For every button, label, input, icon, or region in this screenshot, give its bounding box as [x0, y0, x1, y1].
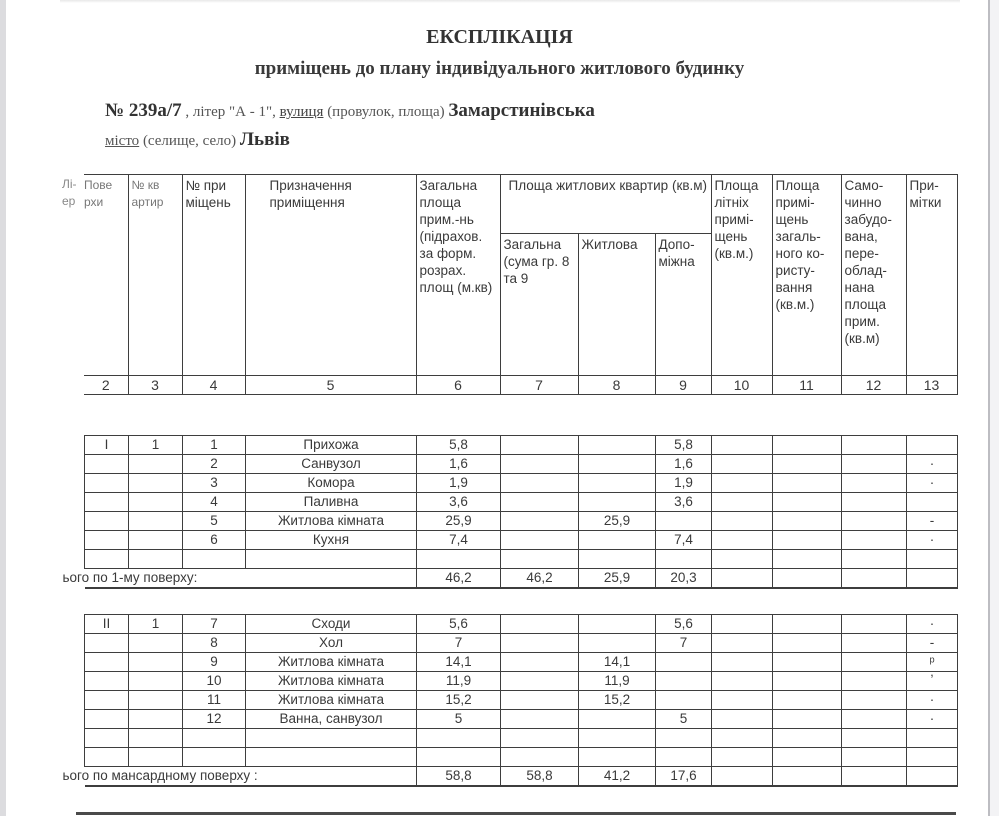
total-area-cell: [417, 550, 501, 569]
total-living-cell: 25,9: [579, 569, 656, 589]
apartment-total-cell: [501, 436, 579, 455]
purpose-cell: Паливна: [246, 493, 417, 512]
apartment-cell: [129, 748, 183, 767]
living-area-cell: [579, 550, 656, 569]
apartment-cell: [129, 512, 183, 531]
note-cell: ᵖ: [907, 653, 958, 672]
previous-page-bleed: [60, 0, 960, 3]
table-row: [85, 729, 958, 748]
living-area-cell: [579, 436, 656, 455]
total-row: ього по 1-му поверху:46,246,225,920,3: [85, 569, 958, 589]
purpose-cell: Комора: [246, 474, 417, 493]
floor-cell: I: [85, 436, 129, 455]
floor-cell: [85, 748, 129, 767]
apartment-total-cell: [501, 493, 579, 512]
header-apartment-no: № кв артир: [128, 175, 182, 376]
room-number-cell: 7: [183, 615, 246, 634]
summer-area-cell: [712, 729, 773, 748]
note-cell: [907, 550, 958, 569]
total-area-cell: 1,9: [417, 474, 501, 493]
floor-cell: [85, 512, 129, 531]
floor-cell: [85, 672, 129, 691]
living-area-cell: 11,9: [579, 672, 656, 691]
note-cell: ·: [907, 455, 958, 474]
apartment-cell: [129, 710, 183, 729]
room-number-cell: 2: [183, 455, 246, 474]
apartment-total-cell: [501, 634, 579, 653]
living-area-cell: [579, 748, 656, 767]
auxiliary-area-cell: 7,4: [656, 531, 712, 550]
unauthorized-area-cell: [842, 634, 907, 653]
common-area-cell: [773, 531, 842, 550]
room-number-cell: [183, 748, 246, 767]
total-area-cell: 5,6: [417, 615, 501, 634]
room-number-cell: 1: [183, 436, 246, 455]
apartment-cell: 1: [129, 615, 183, 634]
total-area-cell: 3,6: [417, 493, 501, 512]
total-area-cell: [417, 748, 501, 767]
auxiliary-area-cell: [656, 748, 712, 767]
table-row: 8Хол77-: [85, 634, 958, 653]
unauthorized-area-cell: [842, 493, 907, 512]
city-label: місто: [105, 133, 139, 149]
note-cell: ʼ: [907, 672, 958, 691]
auxiliary-area-cell: 1,9: [656, 474, 712, 493]
total-empty-cell: [842, 767, 907, 787]
total-aux-cell: 20,3: [656, 569, 712, 589]
summer-area-cell: [712, 455, 773, 474]
unauthorized-area-cell: [842, 748, 907, 767]
unauthorized-area-cell: [842, 615, 907, 634]
total-area-cell: 5,8: [417, 436, 501, 455]
common-area-cell: [773, 653, 842, 672]
summer-area-cell: [712, 436, 773, 455]
apartment-cell: [129, 729, 183, 748]
purpose-cell: Сходи: [246, 615, 417, 634]
summer-area-cell: [712, 512, 773, 531]
apartment-cell: 1: [129, 436, 183, 455]
apartment-total-cell: [501, 615, 579, 634]
summer-area-cell: [712, 634, 773, 653]
table-row: II17Сходи5,65,6·: [85, 615, 958, 634]
apartment-total-cell: [501, 691, 579, 710]
common-area-cell: [773, 512, 842, 531]
purpose-cell: Хол: [246, 634, 417, 653]
purpose-cell: Житлова кімната: [246, 672, 417, 691]
summer-area-cell: [712, 531, 773, 550]
living-area-cell: [579, 493, 656, 512]
apartment-total-cell: [501, 512, 579, 531]
summer-area-cell: [712, 672, 773, 691]
city-line: місто (селище, село) Львів: [105, 129, 290, 151]
floor-cell: [85, 550, 129, 569]
auxiliary-area-cell: [656, 672, 712, 691]
floor-cell: [85, 531, 129, 550]
room-number-cell: 10: [183, 672, 246, 691]
summer-area-cell: [712, 493, 773, 512]
table-row: 4Паливна3,63,6: [85, 493, 958, 512]
header-floor: Пове рхи: [84, 175, 128, 376]
unauthorized-area-cell: [842, 653, 907, 672]
summer-area-cell: [712, 691, 773, 710]
note-cell: -: [907, 634, 958, 653]
auxiliary-area-cell: 3,6: [656, 493, 712, 512]
room-number-cell: 9: [183, 653, 246, 672]
note-cell: ·: [907, 710, 958, 729]
total-area-cell: 14,1: [417, 653, 501, 672]
total-area-cell: [417, 729, 501, 748]
purpose-cell: Кухня: [246, 531, 417, 550]
purpose-cell: [246, 550, 417, 569]
common-area-cell: [773, 729, 842, 748]
note-cell: [907, 493, 958, 512]
total-aux-cell: 17,6: [656, 767, 712, 787]
unauthorized-area-cell: [842, 729, 907, 748]
summer-area-cell: [712, 615, 773, 634]
note-cell: ·: [907, 531, 958, 550]
apartment-cell: [129, 474, 183, 493]
room-number-cell: 6: [183, 531, 246, 550]
total-label: ього по мансардному поверху :: [85, 767, 417, 787]
apartment-total-cell: [501, 474, 579, 493]
purpose-cell: Житлова кімната: [246, 512, 417, 531]
total-total-cell: 46,2: [417, 569, 501, 589]
table-row: 2Санвузол1,61,6·: [85, 455, 958, 474]
header-apartment-area-group: Площа житлових квартир (кв.м): [500, 175, 711, 234]
apartment-total-cell: [501, 531, 579, 550]
table-row: 11Житлова кімната15,215,2·: [85, 691, 958, 710]
apartment-cell: [129, 455, 183, 474]
total-area-cell: 7: [417, 634, 501, 653]
apartment-total-cell: [501, 729, 579, 748]
total-empty-cell: [773, 767, 842, 787]
total-living-cell: 41,2: [579, 767, 656, 787]
auxiliary-area-cell: 7: [656, 634, 712, 653]
common-area-cell: [773, 691, 842, 710]
total-area-cell: 25,9: [417, 512, 501, 531]
common-area-cell: [773, 455, 842, 474]
table-row: [85, 748, 958, 767]
unauthorized-area-cell: [842, 455, 907, 474]
apartment-cell: [129, 634, 183, 653]
header-room-no: № при міщень: [182, 175, 245, 376]
floor-cell: [85, 691, 129, 710]
note-cell: [907, 729, 958, 748]
header-letter-clipped: Лі- ер: [62, 176, 77, 210]
total-total-cell: 58,8: [417, 767, 501, 787]
floor-cell: [85, 493, 129, 512]
apartment-total-cell: [501, 748, 579, 767]
purpose-cell: [246, 729, 417, 748]
header-total-area: Загальна площа прим.-нь (підрахов. за фо…: [416, 175, 500, 376]
purpose-cell: Житлова кімната: [246, 691, 417, 710]
total-empty-cell: [773, 569, 842, 589]
total-area-cell: 15,2: [417, 691, 501, 710]
explication-header-table: Пове рхи № кв артир № при міщень Признач…: [84, 174, 958, 395]
apartment-total-cell: [501, 710, 579, 729]
page-left-edge: [0, 0, 6, 816]
total-area-cell: 5: [417, 710, 501, 729]
table-row: 3Комора1,91,9·: [85, 474, 958, 493]
floor-cell: [85, 729, 129, 748]
note-cell: ·: [907, 615, 958, 634]
floor-cell: [85, 710, 129, 729]
header-apartment-total: Загальна (сума гр. 8 та 9: [500, 234, 578, 376]
room-number-cell: 4: [183, 493, 246, 512]
summer-area-cell: [712, 710, 773, 729]
building-number: № 239а/7: [105, 100, 182, 121]
unauthorized-area-cell: [842, 436, 907, 455]
street-hint: (провулок, площа): [323, 104, 448, 120]
room-number-cell: 5: [183, 512, 246, 531]
living-area-cell: [579, 634, 656, 653]
auxiliary-area-cell: [656, 550, 712, 569]
living-area-cell: 25,9: [579, 512, 656, 531]
table-row: 12Ванна, санвузол55·: [85, 710, 958, 729]
total-label: ього по 1-му поверху:: [85, 569, 417, 589]
common-area-cell: [773, 474, 842, 493]
total-label-text: ього по 1-му поверху:: [63, 570, 198, 585]
floor-2-table: II17Сходи5,65,6·8Хол77-9Житлова кімната1…: [84, 614, 958, 787]
apartment-total-cell: [501, 455, 579, 474]
purpose-cell: [246, 748, 417, 767]
auxiliary-area-cell: 5,6: [656, 615, 712, 634]
page-right-margin: [990, 0, 999, 816]
note-cell: [907, 748, 958, 767]
header-common-area: Площа примі-щень загаль-ного ко-ристу-ва…: [772, 175, 841, 376]
living-area-cell: [579, 455, 656, 474]
purpose-cell: Житлова кімната: [246, 653, 417, 672]
purpose-cell: Санвузол: [246, 455, 417, 474]
note-cell: ·: [907, 474, 958, 493]
auxiliary-area-cell: [656, 512, 712, 531]
total-empty-cell: [842, 569, 907, 589]
auxiliary-area-cell: [656, 691, 712, 710]
purpose-cell: Ванна, санвузол: [246, 710, 417, 729]
table-row: I11Прихожа5,85,8: [85, 436, 958, 455]
floor-1-table: I11Прихожа5,85,82Санвузол1,61,6·3Комора1…: [84, 435, 958, 589]
note-cell: -: [907, 512, 958, 531]
unauthorized-area-cell: [842, 474, 907, 493]
purpose-cell: Прихожа: [246, 436, 417, 455]
city-name: Львів: [240, 129, 290, 150]
auxiliary-area-cell: [656, 653, 712, 672]
living-area-cell: [579, 615, 656, 634]
apartment-cell: [129, 550, 183, 569]
living-area-cell: 15,2: [579, 691, 656, 710]
living-area-cell: [579, 729, 656, 748]
summer-area-cell: [712, 653, 773, 672]
apartment-cell: [129, 531, 183, 550]
auxiliary-area-cell: 5,8: [656, 436, 712, 455]
header-number-row: 2 3 4 5 6 7 8 9 10 11 12 13: [84, 376, 957, 395]
table-row: 10Житлова кімната11,911,9ʼ: [85, 672, 958, 691]
summer-area-cell: [712, 550, 773, 569]
auxiliary-area-cell: 1,6: [656, 455, 712, 474]
total-area-cell: 11,9: [417, 672, 501, 691]
header-auxiliary: Допо-міжна: [655, 234, 711, 376]
auxiliary-area-cell: [656, 729, 712, 748]
apartment-cell: [129, 653, 183, 672]
total-apt-total-cell: 46,2: [501, 569, 579, 589]
room-number-cell: [183, 729, 246, 748]
floor-cell: [85, 474, 129, 493]
floor-cell: [85, 455, 129, 474]
room-number-cell: [183, 550, 246, 569]
floor-cell: [85, 634, 129, 653]
common-area-cell: [773, 748, 842, 767]
living-area-cell: [579, 474, 656, 493]
common-area-cell: [773, 672, 842, 691]
apartment-total-cell: [501, 653, 579, 672]
apartment-cell: [129, 493, 183, 512]
header-room-purpose: Призначення приміщення: [245, 175, 416, 376]
floor-cell: [85, 653, 129, 672]
header-unauthorized-area: Само-чинно забудо-вана, пере-облад-нана …: [841, 175, 906, 376]
room-number-cell: 12: [183, 710, 246, 729]
unauthorized-area-cell: [842, 672, 907, 691]
address-line: № 239а/7 , літер "А - 1", вулиця (провул…: [105, 100, 595, 122]
total-area-cell: 7,4: [417, 531, 501, 550]
total-area-cell: 1,6: [417, 455, 501, 474]
header-living: Житлова: [578, 234, 655, 376]
total-apt-total-cell: 58,8: [501, 767, 579, 787]
header-summer-area: Площа літніх примі-щень (кв.м.): [711, 175, 772, 376]
document-title: ЕКСПЛІКАЦІЯ: [0, 26, 999, 49]
note-cell: ·: [907, 691, 958, 710]
unauthorized-area-cell: [842, 550, 907, 569]
common-area-cell: [773, 634, 842, 653]
common-area-cell: [773, 615, 842, 634]
header-notes: При-мітки: [906, 175, 957, 376]
document-subtitle: приміщень до плану індивідуального житло…: [0, 58, 999, 80]
total-empty-cell: [712, 767, 773, 787]
room-number-cell: 3: [183, 474, 246, 493]
room-number-cell: 8: [183, 634, 246, 653]
total-empty-cell: [712, 569, 773, 589]
auxiliary-area-cell: 5: [656, 710, 712, 729]
city-hint: (селище, село): [139, 133, 240, 149]
summer-area-cell: [712, 748, 773, 767]
living-area-cell: [579, 710, 656, 729]
table-row: [85, 550, 958, 569]
total-row: ього по мансардному поверху :58,858,841,…: [85, 767, 958, 787]
next-table-top-border: [76, 812, 956, 815]
apartment-total-cell: [501, 672, 579, 691]
total-label-text: ього по мансардному поверху :: [63, 768, 258, 783]
living-area-cell: 14,1: [579, 653, 656, 672]
letter-label: , літер "А - 1",: [182, 104, 280, 120]
apartment-cell: [129, 691, 183, 710]
floor-cell: II: [85, 615, 129, 634]
unauthorized-area-cell: [842, 531, 907, 550]
common-area-cell: [773, 550, 842, 569]
table-row: 6Кухня7,47,4·: [85, 531, 958, 550]
summer-area-cell: [712, 474, 773, 493]
unauthorized-area-cell: [842, 691, 907, 710]
total-empty-cell: [907, 569, 958, 589]
apartment-total-cell: [501, 550, 579, 569]
unauthorized-area-cell: [842, 512, 907, 531]
living-area-cell: [579, 531, 656, 550]
street-name: Замарстинівська: [448, 100, 594, 121]
common-area-cell: [773, 436, 842, 455]
common-area-cell: [773, 493, 842, 512]
table-row: 5Житлова кімната25,925,9-: [85, 512, 958, 531]
apartment-cell: [129, 672, 183, 691]
unauthorized-area-cell: [842, 710, 907, 729]
total-empty-cell: [907, 767, 958, 787]
table-row: 9Житлова кімната14,114,1ᵖ: [85, 653, 958, 672]
common-area-cell: [773, 710, 842, 729]
note-cell: [907, 436, 958, 455]
room-number-cell: 11: [183, 691, 246, 710]
street-label: вулиця: [280, 104, 324, 120]
